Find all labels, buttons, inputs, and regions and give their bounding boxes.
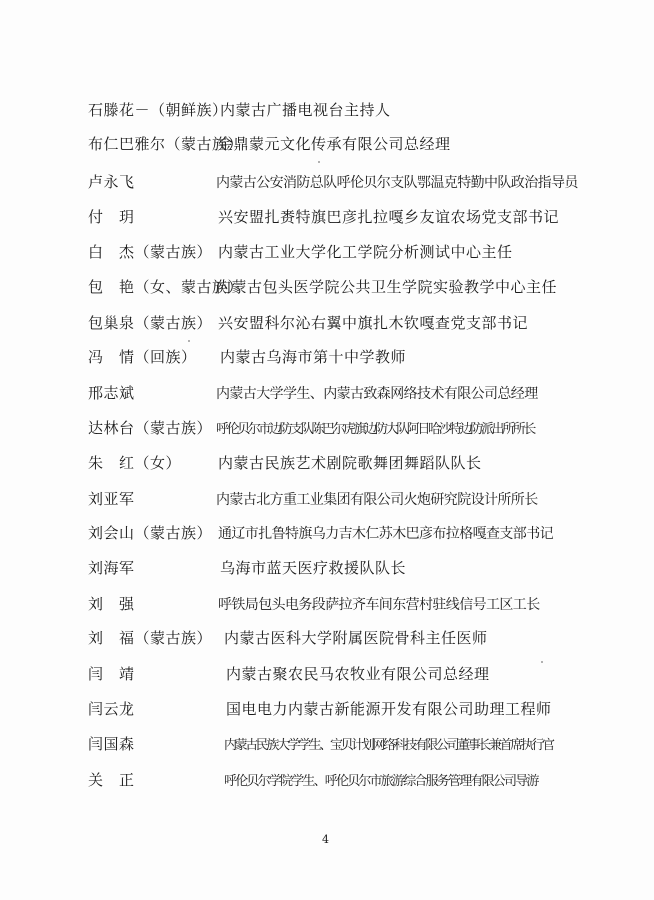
list-item: 闫 靖 [88,662,135,686]
list-item: 刘 福（蒙古族） [88,626,212,650]
scan-speck [188,340,190,342]
person-role: 内蒙古聚农民马农牧业有限公司总经理 [226,665,490,683]
person-role: 内蒙古大学学生、内蒙古致森网络技术有限公司总经理 [216,386,538,402]
page-number: 4 [322,833,329,846]
person-role: 内蒙古民族大学学生、宝贝计划网络科技有限公司董事长兼首席执行官 [224,738,553,753]
person-name: 石滕花－（朝鲜族） [88,98,228,122]
person-name: 刘会山（蒙古族） [88,521,212,545]
scan-speck [541,661,543,663]
person-role: 兴安盟扎赉特旗巴彦扎拉嘎乡友谊农场党支部书记 [218,208,559,226]
list-item: 关 正 [88,768,135,792]
list-item: 包巢泉（蒙古族） [88,311,212,335]
list-item-role: 兴安盟扎赉特旗巴彦扎拉嘎乡友谊农场党支部书记 [218,205,559,229]
list-item-role: 呼伦贝尔市边防支队陈巴尔虎旗边防大队阿日哈沙特边防派出所所长 [216,416,534,440]
list-item-role: 国电电力内蒙古新能源开发有限公司助理工程师 [226,697,552,721]
list-item-role: 金鼎蒙元文化传承有限公司总经理 [218,132,451,156]
person-role: 内蒙古广播电视台主持人 [220,101,391,119]
person-role: 通辽市扎鲁特旗乌力吉木仁苏木巴彦布拉格嘎查支部书记 [218,526,553,542]
person-name: 刘 福（蒙古族） [88,626,212,650]
list-item-role: 内蒙古工业大学化工学院分析测试中心主任 [218,240,513,264]
scan-speck [459,285,461,287]
list-item: 闫云龙 [88,697,135,721]
list-item: 刘海军 [88,556,135,580]
person-role: 呼铁局包头电务段萨拉齐车间东营村驻线信号工区工长 [218,597,540,613]
person-name: 闫国森 [88,732,135,756]
person-role: 乌海市蓝天医疗救援队队长 [220,559,406,577]
person-role: 内蒙古乌海市第十中学教师 [220,348,406,366]
list-item-role: 内蒙古乌海市第十中学教师 [220,345,406,369]
person-name: 关 正 [88,768,135,792]
person-name: 刘亚军 [88,487,135,511]
person-name: 刘 强 [88,592,135,616]
person-role: 内蒙古包头医学院公共卫生学院实验教学中心主任 [216,278,557,296]
person-role: 内蒙古北方重工业集团有限公司火炮研究院设计所所长 [216,492,538,508]
list-item: 白 杰（蒙古族） [88,240,212,264]
list-item-role: 内蒙古包头医学院公共卫生学院实验教学中心主任 [216,275,557,299]
person-role: 兴安盟科尔沁右翼中旗扎木钦嘎查党支部书记 [218,314,528,332]
list-item-role: 乌海市蓝天医疗救援队队长 [220,556,406,580]
person-name: 邢志斌 [88,381,135,405]
list-item: 石滕花－（朝鲜族） [88,98,228,122]
person-role: 国电电力内蒙古新能源开发有限公司助理工程师 [226,700,552,718]
list-item: 付 玥 [88,205,135,229]
list-item-role: 内蒙古医科大学附属医院骨科主任医师 [224,626,488,650]
person-name: 朱 红（女） [88,451,181,475]
list-item-role: 内蒙古民族大学学生、宝贝计划网络科技有限公司董事长兼首席执行官 [224,732,553,756]
list-item-role: 呼伦贝尔学院学生、呼伦贝尔市旅游综合服务管理有限公司导游 [224,768,538,792]
person-name: 达林台（蒙古族） [88,416,212,440]
person-role: 内蒙古工业大学化工学院分析测试中心主任 [218,243,513,261]
list-item: 刘 强 [88,592,135,616]
person-name: 闫 靖 [88,662,135,686]
person-name: 包巢泉（蒙古族） [88,311,212,335]
list-item-role: 内蒙古公安消防总队呼伦贝尔支队鄂温克特勤中队政治指导员 [216,170,578,194]
list-item: 刘亚军 [88,487,135,511]
list-item: 达林台（蒙古族） [88,416,212,440]
list-item-role: 兴安盟科尔沁右翼中旗扎木钦嘎查党支部书记 [218,311,528,335]
list-item-role: 内蒙古北方重工业集团有限公司火炮研究院设计所所长 [216,487,538,511]
list-item-role: 内蒙古聚农民马农牧业有限公司总经理 [226,662,490,686]
scan-speck [318,161,320,163]
person-name: 付 玥 [88,205,135,229]
person-name: 闫云龙 [88,697,135,721]
list-item-role: 呼铁局包头电务段萨拉齐车间东营村驻线信号工区工长 [218,592,540,616]
person-name: 卢永飞 [88,170,135,194]
person-role: 金鼎蒙元文化传承有限公司总经理 [218,135,451,153]
person-role: 内蒙古民族艺术剧院歌舞团舞蹈队队长 [218,454,482,472]
person-role: 内蒙古公安消防总队呼伦贝尔支队鄂温克特勤中队政治指导员 [216,175,578,191]
list-item-role: 内蒙古广播电视台主持人 [220,98,391,122]
list-item: 朱 红（女） [88,451,181,475]
person-role: 内蒙古医科大学附属医院骨科主任医师 [224,629,488,647]
list-item-role: 内蒙古大学学生、内蒙古致森网络技术有限公司总经理 [216,381,538,405]
list-item: 卢永飞 [88,170,135,194]
person-name: 刘海军 [88,556,135,580]
person-role: 呼伦贝尔学院学生、呼伦贝尔市旅游综合服务管理有限公司导游 [224,774,538,789]
list-item-role: 通辽市扎鲁特旗乌力吉木仁苏木巴彦布拉格嘎查支部书记 [218,521,553,545]
list-item-role: 内蒙古民族艺术剧院歌舞团舞蹈队队长 [218,451,482,475]
person-name: 白 杰（蒙古族） [88,240,212,264]
person-role: 呼伦贝尔市边防支队陈巴尔虎旗边防大队阿日哈沙特边防派出所所长 [216,422,534,437]
scanned-document-page: 石滕花－（朝鲜族） 内蒙古广播电视台主持人 布仁巴雅尔（蒙古族） 金鼎蒙元文化传… [0,0,654,900]
person-name: 冯 情（回族） [88,345,197,369]
list-item: 邢志斌 [88,381,135,405]
list-item: 冯 情（回族） [88,345,197,369]
list-item: 闫国森 [88,732,135,756]
list-item: 刘会山（蒙古族） [88,521,212,545]
